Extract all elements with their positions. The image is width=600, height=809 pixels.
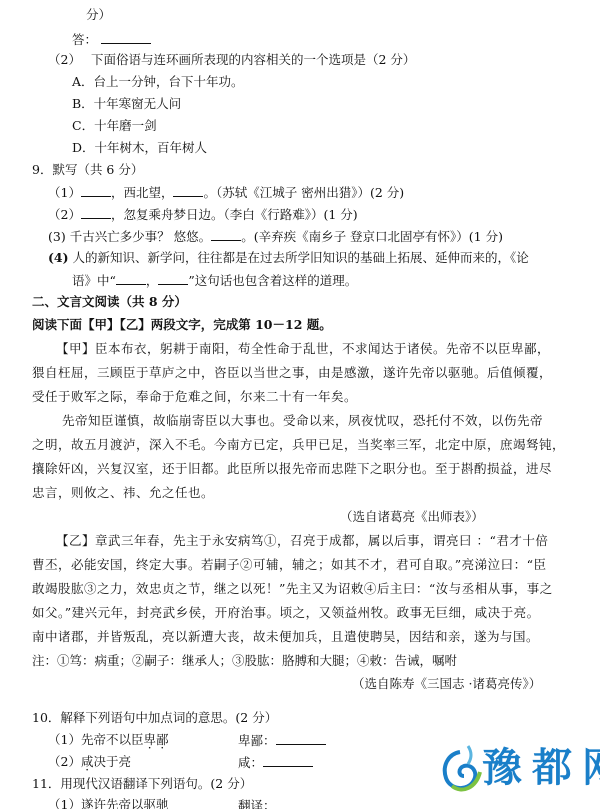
item-number: （1） bbox=[48, 185, 81, 200]
passage-yi-line: 敢竭股肱③之力，效忠贞之节，继之以死！”先主又为诏敕④后主曰：“汝与丞相从事，事… bbox=[32, 581, 553, 597]
dotted-char: 卑 bbox=[143, 732, 156, 747]
item-number: （2） bbox=[48, 207, 81, 222]
item-text: 先帝不以臣 bbox=[81, 732, 144, 747]
swirl-icon bbox=[438, 742, 482, 796]
continued-text: 分） bbox=[86, 7, 111, 23]
fill-blank[interactable] bbox=[116, 272, 146, 285]
question-9-title: 9．默写（共 6 分） bbox=[32, 162, 143, 178]
question-number: （2） bbox=[48, 52, 81, 67]
watermark-text: 豫都网 bbox=[482, 742, 600, 794]
passage-yi-line: 如父。”建兴元年，封亮武乡侯，开府治事。顷之，又领益州牧。政事无巨细，咸决于亮。 bbox=[32, 605, 540, 621]
item-text: ，西北望， bbox=[111, 185, 174, 200]
passage-yi-line: 曹丕，必能安国，终定大事。若嗣子②可辅，辅之；如其不才，君可自取。”亮涕泣曰：“… bbox=[32, 557, 547, 573]
option-d[interactable]: D．十年树木，百年树人 bbox=[72, 140, 207, 156]
option-a[interactable]: A．台上一分钟，台下十年功。 bbox=[72, 74, 244, 90]
question-10-2-answer: 咸： bbox=[238, 754, 313, 771]
answer-blank[interactable] bbox=[276, 797, 326, 809]
item-text: ”这句话也包含着这样的道理。 bbox=[188, 273, 357, 288]
answer-label: 答： bbox=[72, 32, 97, 47]
answer-blank[interactable] bbox=[101, 31, 151, 44]
fill-blank[interactable] bbox=[211, 228, 241, 241]
answer-label: 卑鄙： bbox=[238, 733, 276, 748]
dotted-char: 咸 bbox=[81, 754, 94, 769]
answer-blank[interactable] bbox=[276, 732, 326, 745]
item-text: 遂许先帝以驱驰 bbox=[81, 797, 169, 809]
option-c[interactable]: C．十年磨一剑 bbox=[72, 118, 157, 134]
question-11-1: （1）遂许先帝以驱驰 bbox=[48, 797, 168, 809]
item-number: （2） bbox=[48, 754, 81, 769]
question-10-1: （1）先帝不以臣卑鄙 bbox=[48, 732, 169, 748]
passage-jia-line: 受任于败军之际，奉命于危难之间，尔来二十有一年矣。 bbox=[32, 389, 357, 405]
item-number: （1） bbox=[48, 797, 81, 809]
fill-blank[interactable] bbox=[173, 184, 203, 197]
fill-blank[interactable] bbox=[81, 206, 111, 219]
item-number: (4) bbox=[48, 250, 69, 265]
question-9-1: （1），西北望，。（苏轼《江城子 密州出猎》）(2 分) bbox=[48, 184, 404, 201]
question-text: 下面俗语与连环画所表现的内容相关的一个选项是（2 分） bbox=[91, 52, 415, 67]
passage-notes: 注：①笃：病重；②嗣子：继承人；③股肱：胳膊和大腿；④敕：告诫，嘱咐 bbox=[32, 653, 457, 669]
passage-jia-line: 先帝知臣谨慎，故临崩寄臣以大事也。受命以来，夙夜忧叹，恐托付不效，以伤先帝 bbox=[62, 413, 543, 429]
item-number: (3) bbox=[48, 229, 66, 244]
item-source: 。(辛弃疾《南乡子 登京口北固亭有怀》）(1 分) bbox=[241, 229, 503, 244]
section-2-instruction: 阅读下面【甲】【乙】两段文字，完成第 10－12 题。 bbox=[32, 317, 332, 333]
question-8-2: （2） 下面俗语与连环画所表现的内容相关的一个选项是（2 分） bbox=[48, 52, 415, 68]
question-9-2: （2），忽复乘舟梦日边。（李白《行路难》）(1 分) bbox=[48, 206, 358, 223]
passage-jia-line: 猥自枉屈，三顾臣于草庐之中，咨臣以当世之事，由是感激，遂许先帝以驱驰。后值倾覆， bbox=[32, 365, 552, 381]
question-11-title: 11．用现代汉语翻译下列语句。(2 分） bbox=[32, 776, 252, 792]
answer-label: 翻译： bbox=[238, 798, 276, 809]
item-text: 人的新知识、新学问，往往都是在过去所学旧知识的基础上拓展、延伸而来的，《论 bbox=[73, 250, 529, 265]
passage-jia-line: 之明，故五月渡泸，深入不毛。今南方已定，兵甲已足，当奖率三军，北定中原，庶竭驽钝… bbox=[32, 437, 565, 453]
passage-jia-source: （选自诸葛亮《出师表》） bbox=[340, 509, 484, 525]
item-text: 决于亮 bbox=[93, 754, 131, 769]
section-2-title: 二、文言文阅读（共 8 分） bbox=[32, 294, 187, 310]
answer-line: 答： bbox=[72, 31, 151, 48]
question-10-1-answer: 卑鄙： bbox=[238, 732, 326, 749]
question-9-4: (4) 人的新知识、新学问，往往都是在过去所学旧知识的基础上拓展、延伸而来的，《… bbox=[48, 250, 529, 266]
passage-yi-line: 南中诸郡，并皆叛乱，亮以新遭大丧，故未便加兵，且遣使聘吴，因结和亲，遂为与国。 bbox=[32, 629, 539, 645]
watermark-logo: 豫都网 bbox=[438, 740, 600, 800]
item-source: 。（苏轼《江城子 密州出猎》）(2 分) bbox=[203, 185, 404, 200]
item-text: ，忽复乘舟梦日边。（李白《行路难》）(1 分) bbox=[111, 207, 358, 222]
fill-blank[interactable] bbox=[158, 272, 188, 285]
dotted-char: 鄙 bbox=[156, 732, 169, 747]
question-9-4-cont: 语》中“，”这句话也包含着这样的道理。 bbox=[72, 272, 357, 289]
question-10-2: （2）咸决于亮 bbox=[48, 754, 131, 770]
fill-blank[interactable] bbox=[81, 184, 111, 197]
question-10-title: 10．解释下列语句中加点词的意思。(2 分） bbox=[32, 710, 277, 726]
answer-blank[interactable] bbox=[263, 754, 313, 767]
item-number: （1） bbox=[48, 732, 81, 747]
item-text: 千古兴亡多少事？ 悠悠。 bbox=[70, 229, 211, 244]
question-9-3: (3) 千古兴亡多少事？ 悠悠。。(辛弃疾《南乡子 登京口北固亭有怀》）(1 分… bbox=[48, 228, 503, 245]
answer-label: 咸： bbox=[238, 755, 263, 770]
passage-jia-line: 忠言，则攸之、祎、允之任也。 bbox=[32, 485, 214, 501]
passage-yi-line: 【乙】章武三年春，先主于永安病笃①，召亮于成都，属以后事，谓亮曰 ：“君才十倍 bbox=[56, 533, 548, 549]
item-text: ， bbox=[146, 273, 159, 288]
passage-jia-line: 攘除奸凶，兴复汉室，还于旧都。此臣所以报先帝而忠陛下之职分也。至于斟酌损益，进尽 bbox=[32, 461, 552, 477]
item-text: 语》中“ bbox=[72, 273, 116, 288]
question-11-1-answer: 翻译： bbox=[238, 797, 326, 809]
option-b[interactable]: B．十年寒窗无人问 bbox=[72, 96, 181, 112]
passage-jia-line: 【甲】臣本布衣，躬耕于南阳，苟全性命于乱世，不求闻达于诸侯。先帝不以臣卑鄙， bbox=[56, 341, 550, 357]
passage-yi-source: （选自陈寿《三国志 ·诸葛亮传》） bbox=[352, 676, 541, 692]
